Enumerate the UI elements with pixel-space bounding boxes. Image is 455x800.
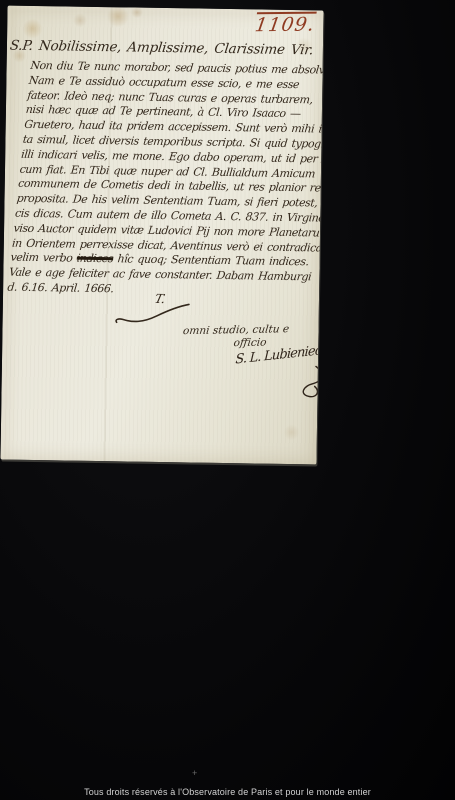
- registration-mark: +: [192, 768, 197, 778]
- letter-body: Non diu Te nunc morabor, sed paucis poti…: [7, 59, 324, 301]
- struck-out-word: indices: [76, 252, 114, 266]
- letter-page: 1109. S.P. Nobilissime, Amplissime, Clar…: [0, 6, 323, 465]
- paraph-swash-icon: [113, 296, 191, 329]
- corrected-line-pre: velim verbo: [10, 251, 78, 265]
- salutation-line: S.P. Nobilissime, Amplissime, Clarissime…: [9, 38, 314, 59]
- paraph-mark: T.: [113, 296, 191, 329]
- signature-flourish-icon: [287, 364, 323, 409]
- valediction: omni studio, cultu e officio: [181, 323, 290, 350]
- corrected-line-post: hîc quoq; Sententiam Tuam indices.: [112, 253, 309, 269]
- copyright-notice: Tous droits réservés à l'Observatoire de…: [0, 787, 455, 797]
- scan-background: 1109. S.P. Nobilissime, Amplissime, Clar…: [0, 0, 455, 800]
- archive-number: 1109.: [253, 14, 316, 37]
- valediction-line-1: omni studio, cultu e: [182, 323, 290, 337]
